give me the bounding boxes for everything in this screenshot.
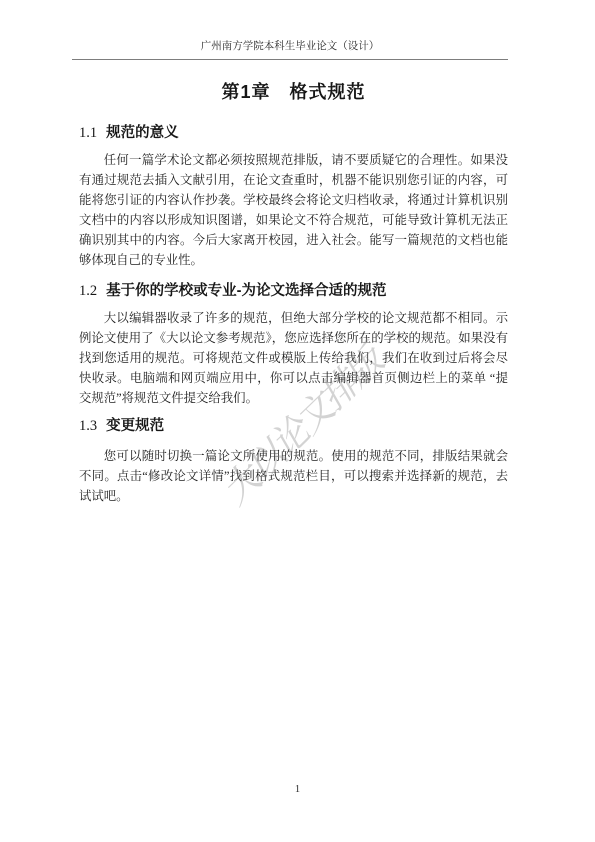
section-number: 1.3 — [79, 418, 97, 434]
section-title: 规范的意义 — [106, 125, 179, 141]
page-content: 第1章 格式规范 1.1规范的意义 任何一篇学术论文都必须按照规范排版，请不要质… — [79, 60, 508, 506]
section-heading-1-2: 1.2基于你的学校或专业-为论文选择合适的规范 — [79, 283, 508, 299]
section-title: 基于你的学校或专业-为论文选择合适的规范 — [106, 283, 386, 299]
section-title: 变更规范 — [106, 418, 164, 434]
section-paragraph-1-3: 您可以随时切换一篇论文所使用的规范。使用的规范不同，排版结果就会不同。点击“修改… — [79, 446, 508, 506]
section-number: 1.2 — [79, 283, 97, 299]
page-number: 1 — [0, 784, 595, 795]
section-heading-1-1: 1.1规范的意义 — [79, 125, 508, 141]
document-page: 广州南方学院本科生毕业论文（设计） 第1章 格式规范 1.1规范的意义 任何一篇… — [0, 0, 595, 842]
section-paragraph-1-1: 任何一篇学术论文都必须按照规范排版，请不要质疑它的合理性。如果没有通过规范去插入… — [79, 150, 508, 270]
running-header: 广州南方学院本科生毕业论文（设计） — [72, 40, 508, 60]
chapter-title: 第1章 格式规范 — [79, 81, 508, 104]
section-paragraph-1-2: 大以编辑器收录了许多的规范，但绝大部分学校的论文规范都不相同。示例论文使用了《大… — [79, 308, 508, 408]
section-heading-1-3: 1.3变更规范 — [79, 418, 508, 434]
section-number: 1.1 — [79, 125, 97, 141]
